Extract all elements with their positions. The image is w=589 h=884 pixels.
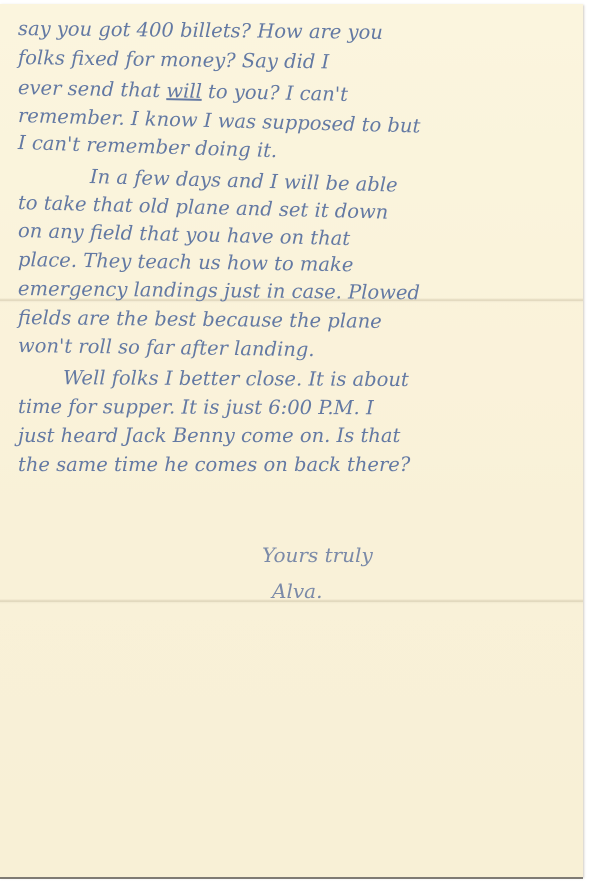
closing-salutation: Yours truly: [262, 537, 373, 573]
paper-bottom-edge: [0, 877, 583, 879]
line-part: to you? I can't: [202, 80, 349, 106]
letter-line: the same time he comes on back there?: [18, 450, 578, 480]
letter-line: just heard Jack Benny come on. Is that: [18, 421, 578, 451]
signature: Alva.: [262, 573, 373, 609]
underlined-word: will: [166, 79, 202, 103]
letter-paper: say you got 400 billets? How are you fol…: [0, 4, 583, 877]
letter-closing-block: Yours truly Alva.: [262, 537, 373, 609]
letter-line: time for supper. It is just 6:00 P.M. I: [18, 392, 578, 424]
letter-line: Well folks I better close. It is about: [18, 363, 578, 396]
letter-body: say you got 400 billets? How are you fol…: [18, 14, 578, 480]
line-part: ever send that: [18, 76, 167, 102]
